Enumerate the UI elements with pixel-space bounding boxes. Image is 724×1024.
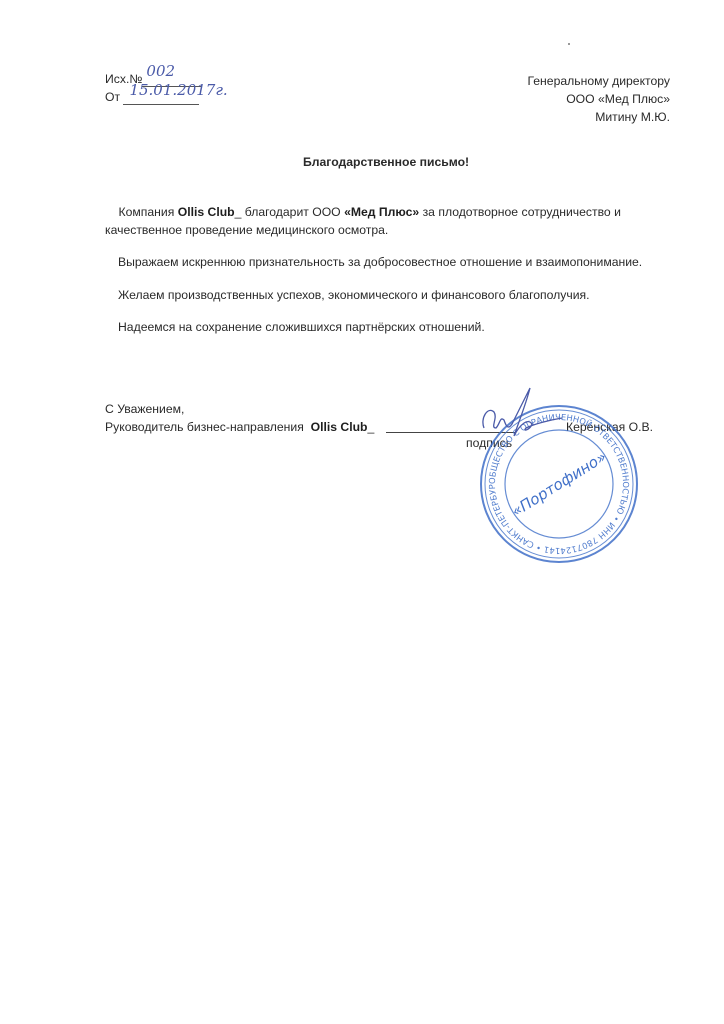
- outgoing-number-handwritten: 002: [146, 62, 175, 80]
- letter-title: Благодарственное письмо!: [303, 155, 469, 169]
- scan-speck: [568, 43, 570, 45]
- recipient-company: ООО «Мед Плюс»: [528, 90, 671, 108]
- recipient-name: Митину М.Ю.: [528, 108, 671, 126]
- partner-name: «Мед Плюс»: [344, 205, 419, 219]
- date-field: 15.01.2017г.: [123, 90, 199, 105]
- paragraph-3: Желаем производственных успехов, экономи…: [118, 288, 590, 302]
- svg-text:«Портофино»: «Портофино»: [508, 448, 609, 520]
- paragraph-2: Выражаем искреннюю признательность за до…: [118, 255, 642, 269]
- date-handwritten: 15.01.2017г.: [129, 81, 227, 99]
- handwritten-signature-icon: [470, 384, 565, 444]
- recipient-position: Генеральному директору: [528, 72, 671, 90]
- paragraph-1: Компания Ollis Club_ благодарит ООО «Мед…: [105, 203, 621, 239]
- date-label: От: [105, 90, 120, 104]
- company-name: Ollis Club: [178, 205, 235, 219]
- signer-position: Руководитель бизнес-направления Ollis Cl…: [105, 420, 374, 434]
- paragraph-4: Надеемся на сохранение сложившихся партн…: [118, 320, 485, 334]
- date-line: От 15.01.2017г.: [105, 90, 199, 105]
- closing: С Уважением,: [105, 402, 184, 416]
- signer-company: Ollis Club: [311, 420, 368, 434]
- recipient-block: Генеральному директору ООО «Мед Плюс» Ми…: [528, 72, 671, 126]
